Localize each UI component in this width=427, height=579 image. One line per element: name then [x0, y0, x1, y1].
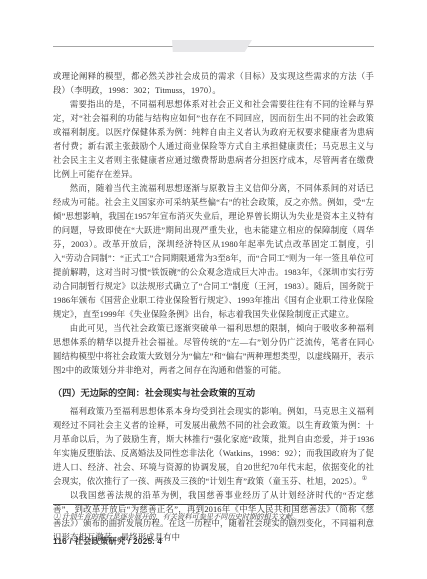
paragraph: 然而，随着当代主流福利思想逐渐与原教旨主义信仰分离，不同体系间的对话已经成为可能…	[53, 182, 374, 322]
footnote-divider-rule	[53, 504, 374, 505]
paragraph: 福利政策乃至福利思想体系本身均受到社会现实的影响。例如，马克思主义福利观经过不同…	[53, 405, 374, 489]
paragraph-continuation: 或理论阐释的模型，都必然关涉社会成员的需求（目标）及实现这些需求的方法（手段）（…	[53, 70, 374, 98]
paragraph-text: 福利政策乃至福利思想体系本身均受到社会现实的影响。例如，马克思主义福利观经过不同…	[53, 407, 374, 486]
footnote-reference-mark: ①	[362, 476, 367, 482]
page-footer: 116 / 社会政策研究 / 2025. 4	[53, 535, 162, 547]
paragraph: 需要指出的是，不同福利思想体系对社会正义和社会需要往往有不同的诠释与界定，对“社…	[53, 98, 374, 182]
footnote-marker: ①	[53, 513, 60, 521]
journal-page: 或理论阐释的模型，都必然关涉社会成员的需求（目标）及实现这些需求的方法（手段）（…	[0, 0, 427, 579]
footnote-area: ① 计划生育的推行是逐步展开的，有关资料可参见不同历史时期的相关文献。	[53, 504, 374, 522]
section-heading: （四）无边际的空间：社会现实与社会政策的互动	[53, 386, 374, 400]
article-body: 或理论阐释的模型，都必然关涉社会成员的需求（目标）及实现这些需求的方法（手段）（…	[53, 70, 374, 545]
paragraph: 由此可见，当代社会政策已逐渐突破单一福利思想的限制，倾向于吸收多种福利思想体系的…	[53, 322, 374, 378]
footnote-text: 计划生育的推行是逐步展开的，有关资料可参见不同历史时期的相关文献。	[62, 513, 299, 521]
footnote: ① 计划生育的推行是逐步展开的，有关资料可参见不同历史时期的相关文献。	[53, 512, 374, 522]
header-redaction-shape	[172, 40, 252, 52]
